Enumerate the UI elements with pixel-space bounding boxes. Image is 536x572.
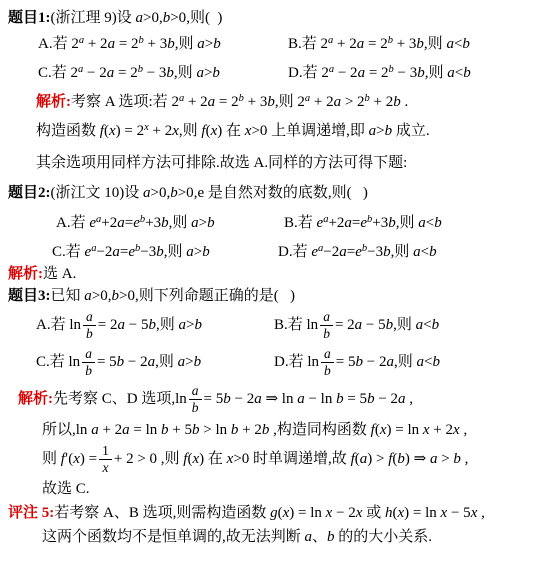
math-inline: 2a + 2a = 2b + 3b — [321, 36, 424, 52]
math-text: = 2 — [365, 65, 388, 81]
math-text: >0 — [233, 451, 249, 467]
option-cell: A.若 lnab= 2a − 5b,则 a>b — [36, 309, 274, 342]
math-text: 2 — [321, 36, 329, 52]
math-variable: x — [172, 123, 179, 139]
math-variable: b — [327, 529, 335, 545]
text-run: , — [460, 422, 468, 438]
problem-2-title: 题目2:(浙江文 10)设 a>0,b>0,e 是自然对数的底数,则( ) — [8, 182, 532, 204]
math-variable: b — [453, 451, 461, 467]
math-text: > — [200, 422, 216, 438]
math-inline: 2a + 2a = 2b + 3b — [171, 94, 274, 110]
math-inline: a>b — [369, 123, 392, 139]
math-variable: b — [355, 354, 363, 370]
option-cell: A.若 ea+2a=eb+3b,则 a>b — [56, 212, 284, 234]
text-run: D.若 — [278, 244, 311, 260]
math-variable: b — [161, 422, 169, 438]
math-operator: ln — [215, 422, 227, 438]
text-run: ,则 — [175, 36, 198, 52]
math-variable: a — [386, 354, 394, 370]
problem-3-analysis-2: 所以,ln a + 2a = ln b + 5b > ln b + 2b ,构造… — [8, 419, 532, 441]
math-variable: a — [344, 215, 352, 231]
math-variable: b — [202, 244, 210, 260]
text-run: 考察 A 选项:若 — [71, 94, 171, 110]
math-variable: a — [186, 244, 194, 260]
fraction-numerator: 1 — [99, 443, 112, 460]
analysis-label: 评注 5: — [8, 505, 54, 521]
fraction: ab — [82, 346, 95, 379]
text-run: ,则( ) — [186, 10, 222, 26]
math-operator: ln — [307, 317, 319, 333]
math-inline: f(a) > f(b) ⇒ a > b — [351, 451, 461, 467]
math-variable: b — [393, 94, 401, 110]
math-text: = 5 — [204, 391, 224, 407]
math-variable: b — [194, 354, 202, 370]
math-operator: ln — [76, 422, 88, 438]
text-run: ,e 是自然对数的底数,则( ) — [194, 185, 368, 201]
math-inline: = 2a − 5b — [98, 317, 156, 333]
math-operator: ln — [69, 354, 81, 370]
superscript: b — [367, 214, 372, 225]
math-text: < — [455, 65, 463, 81]
text-run: 在 — [204, 451, 227, 467]
fraction-denominator: b — [83, 326, 96, 342]
text-run: ,则 — [157, 451, 183, 467]
math-text: + 2 — [149, 123, 172, 139]
text-run: A.若 — [38, 36, 71, 52]
fraction-numerator: a — [320, 309, 333, 326]
math-text: − 2 — [375, 391, 398, 407]
math-text: = 5 — [336, 354, 356, 370]
superscript: b — [365, 93, 370, 104]
text-run: ,则 — [424, 36, 447, 52]
problem-3-analysis-3: 则 f′(x) =1x+ 2 > 0 ,则 f(x) 在 x>0 时单调递增,故… — [8, 443, 532, 476]
math-text: = 2 — [114, 65, 137, 81]
math-text: = — [125, 215, 133, 231]
math-text: + 2 — [430, 422, 453, 438]
math-variable: b — [212, 65, 220, 81]
fraction-numerator: a — [82, 346, 95, 363]
math-text: >0 — [151, 185, 167, 201]
math-inline: b>0 — [111, 288, 134, 304]
math-text: > — [199, 215, 207, 231]
fraction: 1x — [99, 443, 112, 476]
math-operator: ln — [69, 317, 81, 333]
text-run: ,则下列命题正确的是( ) — [135, 288, 295, 304]
math-operator: ln — [307, 354, 319, 370]
math-text: >0 — [92, 288, 108, 304]
math-text: >0 — [119, 288, 135, 304]
math-inline: b>0 — [170, 185, 193, 201]
text-run: ,则 — [391, 244, 414, 260]
problem-1-title: 题目1:(浙江理 9)设 a>0,b>0,则( ) — [8, 7, 532, 29]
fraction: ab — [320, 309, 333, 342]
math-variable: b — [432, 354, 440, 370]
math-variable: a — [191, 215, 199, 231]
superscript: a — [91, 243, 96, 254]
math-variable: a — [339, 244, 347, 260]
math-inline: = 5b − 2a — [97, 354, 155, 370]
text-run: (浙江文 10)设 — [51, 185, 144, 201]
superscript: b — [239, 93, 244, 104]
option-cell: B.若 ea+2a=eb+3b,则 a<b — [284, 215, 442, 231]
text-run: A.若 — [36, 317, 69, 333]
text-run: 其余选项用同样方法可排除.故选 A.同样的方法可得下题: — [36, 155, 407, 171]
math-variable: b — [397, 451, 405, 467]
math-variable: b — [417, 65, 425, 81]
math-text: − 5 — [362, 317, 385, 333]
math-text: − 2 — [124, 354, 147, 370]
math-inline: a>b — [191, 215, 214, 231]
text-run: 故选 C. — [42, 481, 90, 497]
math-inline: ln — [175, 391, 187, 407]
math-text: + 2 — [370, 94, 393, 110]
math-text: > — [376, 123, 384, 139]
problem-3-options-ab: A.若 lnab= 2a − 5b,则 a>bB.若 lnab= 2a − 5b… — [8, 309, 532, 342]
math-inline: ln — [307, 317, 319, 333]
math-text: +2 — [328, 215, 344, 231]
superscript: a — [318, 243, 323, 254]
text-run: . — [401, 94, 409, 110]
math-inline: 2a + 2a = 2b + 3b — [71, 36, 174, 52]
math-text: −3 — [140, 244, 156, 260]
math-text: >0 — [143, 10, 159, 26]
math-variable: e — [311, 244, 318, 260]
text-run: 的的大小关系. — [335, 529, 433, 545]
math-text: + 2 — [333, 36, 356, 52]
section-label: 题目1: — [8, 10, 51, 26]
math-inline: a>b — [178, 354, 201, 370]
math-inline: x>0 — [227, 451, 250, 467]
math-variable: b — [324, 363, 331, 378]
math-inline: ea+2a=eb+3b — [89, 215, 168, 231]
text-run: D.若 — [288, 65, 321, 81]
math-text: − 5 — [125, 317, 148, 333]
math-text: + 3 — [244, 94, 267, 110]
math-text: + 2 — [84, 36, 107, 52]
text-run: D.若 — [274, 354, 307, 370]
text-run: 成立. — [392, 123, 430, 139]
text-run: , — [406, 391, 414, 407]
analysis-label: 解析: — [8, 266, 43, 282]
text-run: 上单调递增,即 — [267, 123, 368, 139]
math-text: − 2 — [363, 354, 386, 370]
comment-5-line-2: 这两个函数均不是恒单调的,故无法判断 a、b 的的大小关系. — [8, 526, 532, 548]
math-variable: a — [196, 65, 204, 81]
math-inline: ln — [69, 317, 81, 333]
math-text: ) = — [404, 505, 425, 521]
math-variable: a — [192, 383, 199, 398]
fraction-denominator: x — [99, 460, 112, 476]
math-text: > — [205, 36, 213, 52]
math-text: = 2 — [215, 94, 238, 110]
math-inline: ea−2a=eb−3b — [311, 244, 390, 260]
math-inline: ln a + 2a = ln b + 5b > ln b + 2b — [76, 422, 270, 438]
superscript: b — [138, 64, 143, 75]
math-variable: b — [432, 317, 440, 333]
math-text: 2 — [321, 65, 329, 81]
math-text: − 2 — [83, 65, 106, 81]
problem-1-analysis-3: 其余选项用同样方法可排除.故选 A.同样的方法可得下题: — [8, 152, 532, 174]
math-variable: b — [267, 94, 275, 110]
math-variable: b — [388, 215, 396, 231]
math-text: +3 — [145, 215, 161, 231]
math-text: > — [185, 354, 193, 370]
option-cell: C.若 lnab= 5b − 2a,则 a>b — [36, 346, 274, 379]
math-variable: b — [192, 422, 200, 438]
text-run: , — [461, 451, 469, 467]
text-run: ,则 — [155, 354, 178, 370]
option-cell: C.若 ea−2a=eb−3b,则 a>b — [52, 241, 278, 263]
math-text: + 5 — [169, 422, 192, 438]
math-inline: 2a − 2a = 2b − 3b — [321, 65, 424, 81]
math-variable: x — [423, 422, 430, 438]
math-text: +3 — [372, 215, 388, 231]
superscript: a — [305, 93, 310, 104]
math-inline: a>b — [197, 36, 220, 52]
math-inline: a>0 — [84, 288, 107, 304]
section-label: 题目2: — [8, 185, 51, 201]
section-label: 题目3: — [8, 288, 51, 304]
superscript: b — [388, 35, 393, 46]
math-inline: f(x) — [183, 451, 204, 467]
superscript: a — [323, 214, 328, 225]
text-run: C.若 — [38, 65, 71, 81]
math-variable: b — [383, 244, 391, 260]
math-variable: a — [117, 215, 125, 231]
math-variable: a — [416, 354, 424, 370]
superscript: a — [179, 93, 184, 104]
math-variable: a — [148, 354, 156, 370]
math-variable: b — [166, 65, 174, 81]
math-text: −3 — [367, 244, 383, 260]
text-run: ,则 — [179, 123, 202, 139]
math-variable: x — [453, 422, 460, 438]
text-run: A.若 — [56, 215, 89, 231]
math-text: ) = — [289, 505, 310, 521]
math-text: − 2 — [231, 391, 254, 407]
superscript: a — [96, 214, 101, 225]
text-run: 选 A. — [43, 266, 76, 282]
math-text: = 2 — [335, 317, 355, 333]
option-cell: B.若 lnab= 2a − 5b,则 a<b — [274, 317, 439, 333]
math-variable: a — [323, 309, 330, 324]
math-inline: 2a + 2a > 2b + 2b — [297, 94, 400, 110]
fraction-denominator: b — [189, 400, 202, 416]
math-inline: a>b — [186, 244, 209, 260]
math-variable: a — [324, 346, 331, 361]
math-text: < — [426, 215, 434, 231]
math-text: − 2 — [332, 505, 355, 521]
math-inline: a — [305, 529, 313, 545]
math-operator: ln — [175, 391, 187, 407]
option-cell: D.若 lnab= 5b − 2a,则 a<b — [274, 354, 440, 370]
text-run: 已知 — [51, 288, 85, 304]
text-run: C.若 — [36, 354, 69, 370]
math-text: ) ⇒ — [405, 451, 430, 467]
math-variable: a — [117, 317, 125, 333]
problem-3-title: 题目3:已知 a>0,b>0,则下列命题正确的是( ) — [8, 285, 532, 307]
math-variable: g — [270, 505, 278, 521]
text-run: ,则 — [156, 317, 179, 333]
math-text: +2 — [101, 215, 117, 231]
math-variable: a — [136, 10, 144, 26]
math-text: 2 — [71, 36, 79, 52]
math-inline: f(x) = 2x + 2x — [100, 123, 179, 139]
math-inline: a<b — [413, 244, 436, 260]
text-run: 这两个函数均不是恒单调的,故无法判断 — [42, 529, 305, 545]
option-cell: A.若 2a + 2a = 2b + 3b,则 a>b — [38, 33, 288, 55]
math-variable: b — [170, 185, 178, 201]
fraction-denominator: b — [320, 326, 333, 342]
math-variable: a — [91, 422, 99, 438]
math-variable: a — [297, 391, 305, 407]
math-text: + 2 — [184, 94, 207, 110]
text-run: ,则 — [174, 65, 197, 81]
math-inline: f(x) — [201, 123, 222, 139]
math-inline: a>0 — [136, 10, 159, 26]
math-text: > — [437, 451, 453, 467]
math-inline: = 5b − 2a — [336, 354, 394, 370]
math-text: = 2 — [98, 317, 118, 333]
text-run: 、 — [312, 529, 327, 545]
math-variable: b — [86, 326, 93, 341]
text-run: ,则 — [164, 244, 187, 260]
analysis-label: 解析: — [36, 94, 71, 110]
math-variable: a — [447, 65, 455, 81]
math-variable: b — [213, 36, 221, 52]
math-variable: e — [89, 215, 96, 231]
math-text: ) = — [386, 422, 407, 438]
text-run: 构造函数 — [36, 123, 100, 139]
math-inline: ln — [307, 354, 319, 370]
text-run: ,则 — [169, 215, 192, 231]
math-variable: b — [434, 215, 442, 231]
math-operator: ln — [425, 505, 437, 521]
text-run: 若考察 A、B 选项,则需构造函数 — [54, 505, 270, 521]
math-inline: a>0 — [143, 185, 166, 201]
text-run: (浙江理 9)设 — [51, 10, 136, 26]
text-run: ,则 — [394, 354, 417, 370]
math-operator: ln — [282, 391, 294, 407]
math-text: = — [130, 422, 146, 438]
math-variable: b — [386, 317, 394, 333]
math-text: − — [305, 391, 321, 407]
math-variable: a — [112, 244, 120, 260]
math-text: < — [421, 244, 429, 260]
math-operator: ln — [321, 391, 333, 407]
math-variable: b — [223, 391, 231, 407]
problem-1-analysis-1: 解析:考察 A 选项:若 2a + 2a = 2b + 3b,则 2a + 2a… — [8, 91, 532, 113]
text-run: ,则 — [275, 94, 298, 110]
math-text: = 5 — [97, 354, 117, 370]
math-text: 2 — [171, 94, 179, 110]
problem-3-options-cd: C.若 lnab= 5b − 2a,则 a>bD.若 lnab= 5b − 2a… — [8, 346, 532, 379]
math-variable: b — [85, 363, 92, 378]
math-inline: f(x) = ln x + 2x — [371, 422, 460, 438]
math-variable: a — [122, 422, 130, 438]
math-variable: a — [418, 215, 426, 231]
text-run: ,构造同构函数 — [269, 422, 370, 438]
math-variable: b — [192, 400, 199, 415]
math-text: ) = 2 — [116, 123, 144, 139]
math-text: + 3 — [393, 36, 416, 52]
superscript: x — [144, 122, 149, 133]
math-text: < — [423, 317, 431, 333]
math-text: >0 — [251, 123, 267, 139]
math-variable: a — [413, 244, 421, 260]
math-inline: = 5b − 2a ⇒ ln a − ln b = 5b − 2a — [204, 391, 406, 407]
math-variable: b — [148, 317, 156, 333]
math-text: − 3 — [143, 65, 166, 81]
math-text: 2 — [71, 65, 79, 81]
text-run: ,则 — [396, 215, 419, 231]
math-variable: a — [398, 391, 406, 407]
fraction-numerator: a — [189, 383, 202, 400]
text-run: 所以, — [42, 422, 76, 438]
superscript: a — [78, 64, 83, 75]
fraction: ab — [83, 309, 96, 342]
math-operator: ln — [407, 422, 419, 438]
text-run: , — [477, 505, 485, 521]
text-run: ,则 — [425, 65, 448, 81]
problem-2-options-ab: A.若 ea+2a=eb+3b,则 a>bB.若 ea+2a=eb+3b,则 a… — [8, 212, 532, 234]
math-text: >0 — [170, 10, 186, 26]
fraction-denominator: b — [82, 363, 95, 379]
math-inline: 2a − 2a = 2b − 3b — [71, 65, 174, 81]
math-variable: a — [305, 529, 313, 545]
math-inline: a>b — [178, 317, 201, 333]
math-text: ′( — [65, 451, 73, 467]
math-variable: a — [446, 36, 454, 52]
math-variable: a — [178, 317, 186, 333]
math-variable: a — [86, 309, 93, 324]
math-text: > 2 — [341, 94, 364, 110]
math-text: = — [347, 244, 355, 260]
math-text: − 2 — [334, 65, 357, 81]
math-inline: b — [327, 529, 335, 545]
math-variable: a — [84, 288, 92, 304]
math-inline: b>0 — [163, 10, 186, 26]
text-run: 在 — [222, 123, 245, 139]
math-inline: = 2a − 5b — [335, 317, 393, 333]
math-text: −2 — [323, 244, 339, 260]
math-text: + 3 — [144, 36, 167, 52]
text-run: 或 — [362, 505, 385, 521]
text-run: 时单调递增,故 — [249, 451, 350, 467]
math-variable: b — [462, 36, 470, 52]
fraction-numerator: a — [321, 346, 334, 363]
math-text: + 2 — [310, 94, 333, 110]
text-run: B.若 — [274, 317, 307, 333]
math-variable: a — [254, 391, 262, 407]
superscript: a — [329, 64, 334, 75]
math-inline: a>b — [196, 65, 219, 81]
math-variable: e — [355, 244, 362, 260]
math-text: + 2 — [99, 422, 122, 438]
math-inline: a<b — [418, 215, 441, 231]
math-text: − 5 — [447, 505, 470, 521]
option-cell: D.若 2a − 2a = 2b − 3b,则 a<b — [288, 65, 471, 81]
math-variable: a — [197, 36, 205, 52]
math-variable: b — [416, 36, 424, 52]
problem-1-options-ab: A.若 2a + 2a = 2b + 3b,则 a>bB.若 2a + 2a =… — [8, 33, 532, 55]
text-run: C.若 — [52, 244, 85, 260]
fraction: ab — [321, 346, 334, 379]
fraction: ab — [189, 383, 202, 416]
math-inline: a<b — [446, 36, 469, 52]
math-text: = 5 — [344, 391, 367, 407]
math-text: >0 — [178, 185, 194, 201]
